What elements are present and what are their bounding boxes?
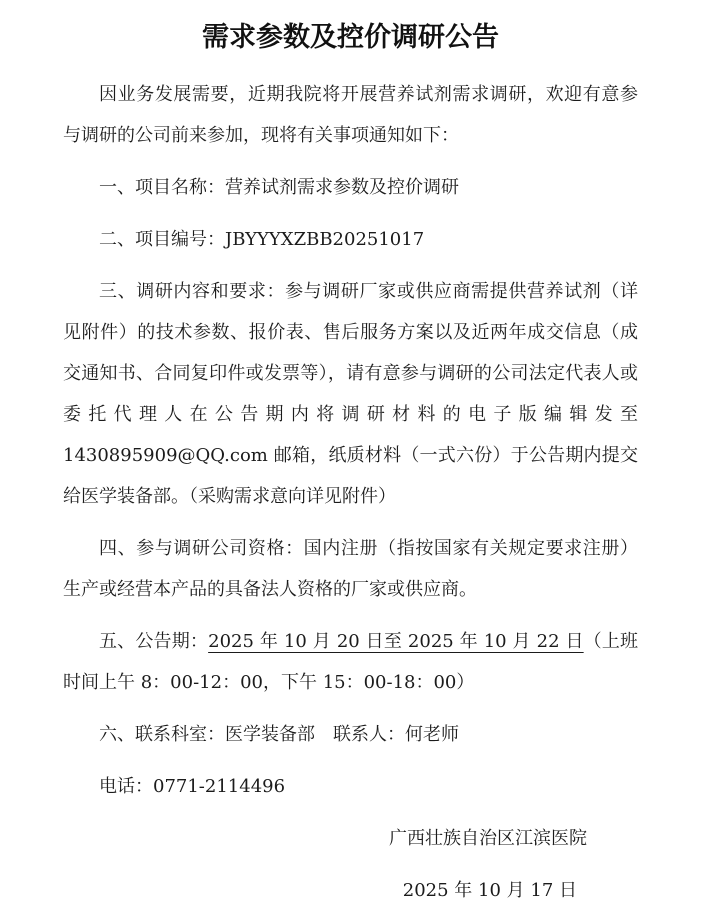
signature-date: 2025 年 10 月 17 日 — [63, 870, 638, 904]
item-project-name: 一、项目名称：营养试剂需求参数及控价调研 — [63, 167, 638, 208]
item-qualification: 四、参与调研公司资格：国内注册（指按国家有关规定要求注册）生产或经营本产品的具备… — [63, 528, 638, 610]
period-date-range: 2025 年 10 月 20 日至 2025 年 10 月 22 日 — [208, 631, 584, 652]
item-phone: 电话：0771-2114496 — [63, 766, 638, 807]
document-title: 需求参数及控价调研公告 — [63, 18, 638, 58]
signature-organization: 广西壮族自治区江滨医院 — [63, 818, 638, 859]
item-announcement-period: 五、公告期：2025 年 10 月 20 日至 2025 年 10 月 22 日… — [63, 621, 638, 703]
period-label: 五、公告期： — [99, 631, 208, 652]
item-content-and-requirements: 三、调研内容和要求：参与调研厂家或供应商需提供营养试剂（详见附件）的技术参数、报… — [63, 271, 638, 517]
item-project-number: 二、项目编号：JBYYYXZBB20251017 — [63, 219, 638, 260]
announcement-document-page: 需求参数及控价调研公告 因业务发展需要，近期我院将开展营养试剂需求调研，欢迎有意… — [0, 0, 701, 904]
item-contact: 六、联系科室：医学装备部 联系人：何老师 — [63, 714, 638, 755]
intro-paragraph: 因业务发展需要，近期我院将开展营养试剂需求调研，欢迎有意参与调研的公司前来参加，… — [63, 74, 638, 156]
